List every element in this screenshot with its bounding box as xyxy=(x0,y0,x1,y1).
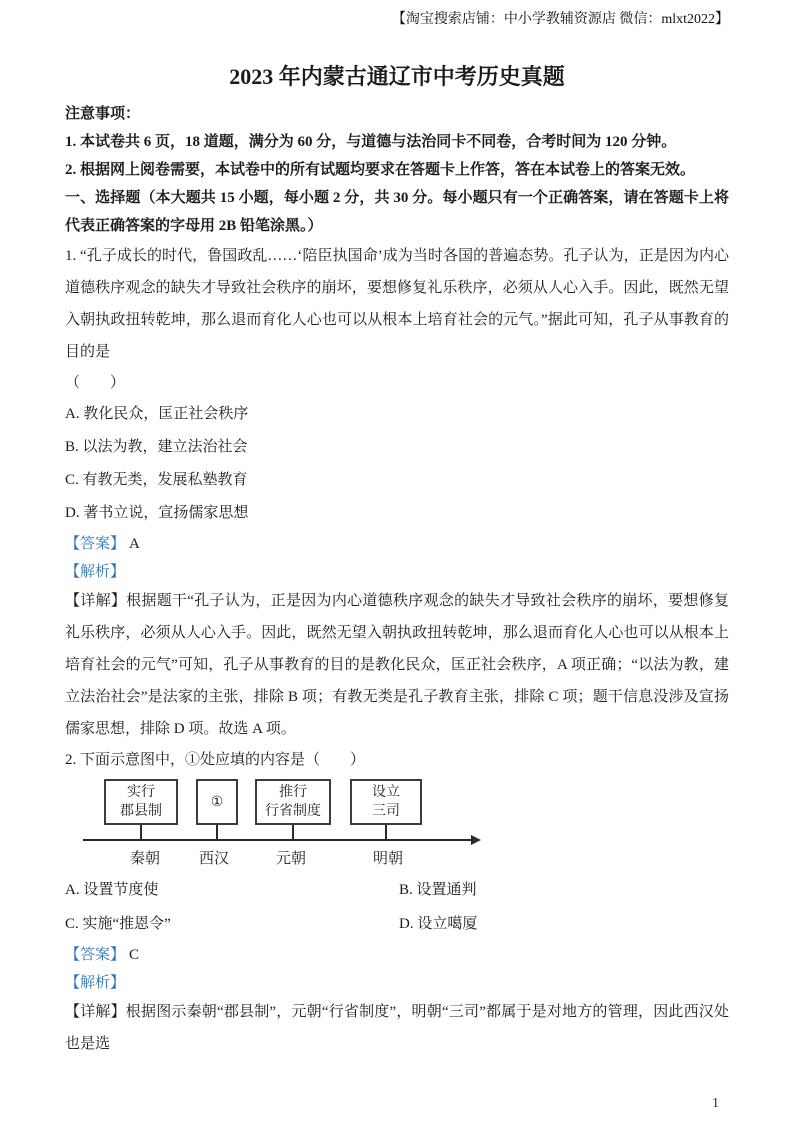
q1-option-c: C. 有教无类，发展私塾教育 xyxy=(65,464,729,497)
timeline-tick xyxy=(216,825,218,839)
answer-value: A xyxy=(129,536,140,552)
q1-stem: 1. “孔子成长的时代，鲁国政乱……‘陪臣执国命’成为当时各国的普遍态势。孔子认… xyxy=(65,240,729,368)
q1-answer-bracket: （ ） xyxy=(65,368,729,398)
page-number: 1 xyxy=(712,1096,719,1112)
page-title: 2023 年内蒙古通辽市中考历史真题 xyxy=(65,62,729,92)
notice-item-2: 2. 根据网上阅卷需要，本试卷中的所有试题均要求在答题卡上作答，答在本试卷上的答… xyxy=(65,156,729,184)
timeline-box-text: 三司 xyxy=(352,802,420,821)
timeline-tick xyxy=(385,825,387,839)
detail-label: 【详解】 xyxy=(65,593,126,609)
q1-analysis-label: 【解析】 xyxy=(65,559,729,585)
timeline-box-yuan: 推行 行省制度 xyxy=(255,779,331,825)
question-2: 2. 下面示意图中，①处应填的内容是（ ） 实行 郡县制 ① 推行 行省制度 设… xyxy=(65,745,729,1060)
answer-label: 【答案】 xyxy=(65,536,125,552)
answer-label: 【答案】 xyxy=(65,947,125,963)
timeline-axis-label: 秦朝 xyxy=(130,847,160,868)
notice-item-1: 1. 本试卷共 6 页，18 道题，满分为 60 分，与道德与法治同卡不同卷，合… xyxy=(65,128,729,156)
timeline-box-text: 郡县制 xyxy=(106,802,176,821)
timeline-box-text: 实行 xyxy=(106,783,176,802)
q2-answer-line: 【答案】C xyxy=(65,941,729,970)
document-page: 【淘宝搜索店铺：中小学教辅资源店 微信：mlxt2022】 2023 年内蒙古通… xyxy=(0,0,793,1122)
q2-option-a: A. 设置节度使 xyxy=(65,873,399,907)
timeline-box-text: 推行 xyxy=(257,783,329,802)
timeline-tick xyxy=(292,825,294,839)
detail-text: 根据题干“孔子认为，正是因为内心道德秩序观念的缺失才导致社会秩序的崩坏，要想修复… xyxy=(65,593,729,737)
detail-label: 【详解】 xyxy=(65,1004,126,1020)
q2-option-d: D. 设立噶厦 xyxy=(399,907,729,941)
timeline-figure: 实行 郡县制 ① 推行 行省制度 设立 三司 秦朝 西汉 元朝 明朝 xyxy=(65,777,729,873)
q1-option-d: D. 著书立说，宣扬儒家思想 xyxy=(65,497,729,530)
q2-option-b: B. 设置通判 xyxy=(399,873,729,907)
timeline-tick xyxy=(140,825,142,839)
timeline-axis-label: 元朝 xyxy=(276,847,306,868)
shop-watermark: 【淘宝搜索店铺：中小学教辅资源店 微信：mlxt2022】 xyxy=(65,10,729,30)
notice-section: 注意事项： 1. 本试卷共 6 页，18 道题，满分为 60 分，与道德与法治同… xyxy=(65,100,729,184)
q1-option-a: A. 教化民众，匡正社会秩序 xyxy=(65,398,729,431)
answer-value: C xyxy=(129,947,139,963)
timeline-axis xyxy=(83,839,473,841)
q2-detail: 【详解】根据图示秦朝“郡县制”，元朝“行省制度”，明朝“三司”都属于是对地方的管… xyxy=(65,996,729,1060)
timeline-box-blank: ① xyxy=(196,779,238,825)
notice-heading: 注意事项： xyxy=(65,100,729,128)
timeline-axis-label: 明朝 xyxy=(373,847,403,868)
timeline-arrowhead-icon xyxy=(471,835,481,845)
q1-answer-line: 【答案】A xyxy=(65,530,729,559)
q1-option-b: B. 以法为教，建立法治社会 xyxy=(65,431,729,464)
circled-one-icon: ① xyxy=(198,793,236,812)
detail-text: 根据图示秦朝“郡县制”，元朝“行省制度”，明朝“三司”都属于是对地方的管理，因此… xyxy=(65,1004,729,1052)
q1-options: A. 教化民众，匡正社会秩序 B. 以法为教，建立法治社会 C. 有教无类，发展… xyxy=(65,398,729,530)
q2-analysis-label: 【解析】 xyxy=(65,970,729,996)
q2-stem: 2. 下面示意图中，①处应填的内容是（ ） xyxy=(65,745,729,775)
timeline-box-ming: 设立 三司 xyxy=(350,779,422,825)
timeline-box-text: 设立 xyxy=(352,783,420,802)
q2-options: A. 设置节度使 B. 设置通判 C. 实施“推恩令” D. 设立噶厦 xyxy=(65,873,729,941)
timeline-box-text: 行省制度 xyxy=(257,802,329,821)
timeline-axis-label: 西汉 xyxy=(199,847,229,868)
question-1: 1. “孔子成长的时代，鲁国政乱……‘陪臣执国命’成为当时各国的普遍态势。孔子认… xyxy=(65,240,729,745)
timeline-box-qin: 实行 郡县制 xyxy=(104,779,178,825)
q2-option-c: C. 实施“推恩令” xyxy=(65,907,399,941)
q1-detail: 【详解】根据题干“孔子认为，正是因为内心道德秩序观念的缺失才导致社会秩序的崩坏，… xyxy=(65,585,729,745)
section-heading: 一、选择题（本大题共 15 小题，每小题 2 分，共 30 分。每小题只有一个正… xyxy=(65,184,729,240)
